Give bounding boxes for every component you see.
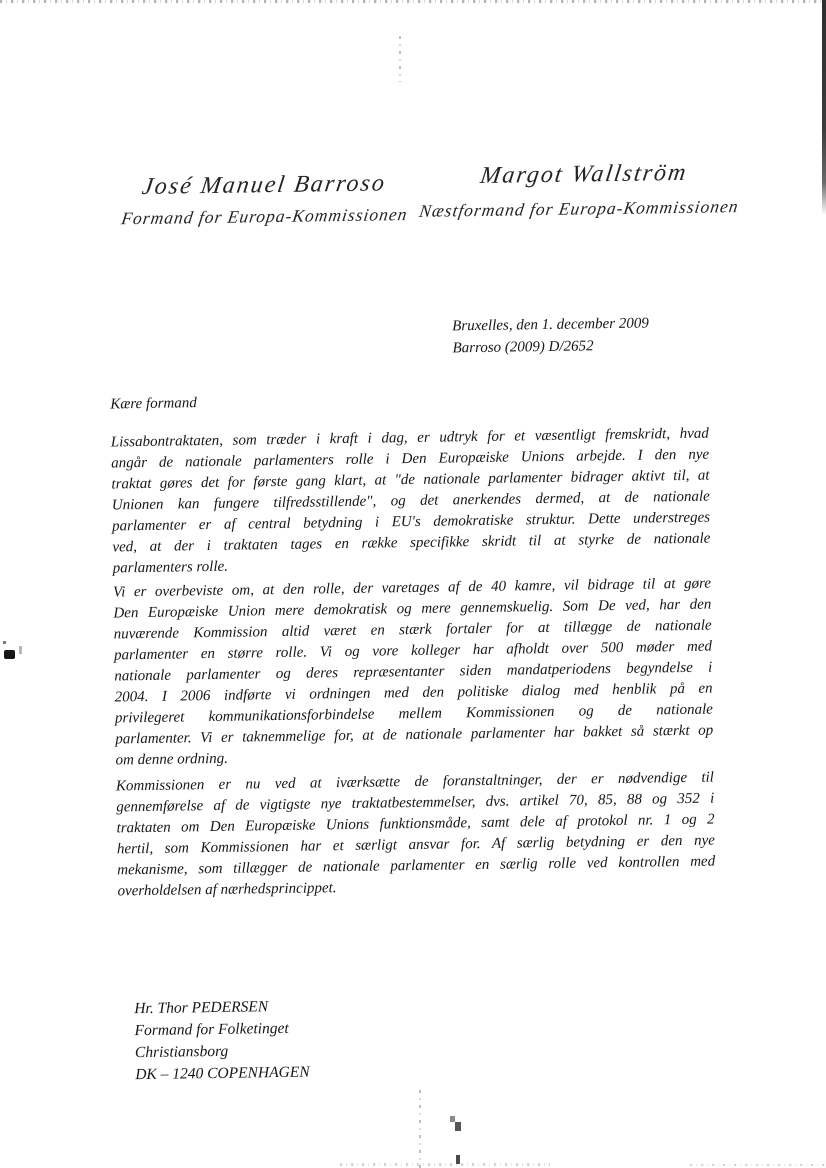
salutation: Kære formand [110,395,197,413]
paragraph-3: Kommissionen er nu ved at iværksætte de … [116,768,716,903]
letter-content: José Manuel Barroso Formand for Europa-K… [0,0,826,1168]
recipient-line: Formand for Folketinget [134,1018,309,1043]
sender-name-barroso: José Manuel Barroso [117,170,411,201]
recipient-line: DK – 1240 COPENHAGEN [135,1062,310,1087]
recipient-block: Hr. Thor PEDERSEN Formand for Folketinge… [134,996,310,1087]
scan-streak-right-edge [822,0,826,215]
dateline-block: Bruxelles, den 1. december 2009 Barroso … [452,312,649,359]
letterhead: José Manuel Barroso Formand for Europa-K… [0,0,817,6]
recipient-line: Hr. Thor PEDERSEN [134,996,309,1021]
scanned-letter-page: { "page": { "background": "#ffffff", "in… [0,0,826,1168]
paragraph-2: Vi er overbeviste om, at den rolle, der … [113,574,714,772]
reference-line: Barroso (2009) D/2652 [452,334,649,359]
paragraph-1: Lissabontraktaten, som træder i kraft i … [111,424,711,580]
scan-noise-bottom-right [690,1164,826,1166]
sender-name-wallstrom: Margot Wallström [442,159,726,190]
place-date-line: Bruxelles, den 1. december 2009 [452,312,649,337]
sender-title-wallstrom: Næstformand for Europa-Kommissionen [418,196,736,222]
recipient-line: Christiansborg [135,1040,310,1065]
sender-title-barroso: Formand for Europa-Kommissionen [83,203,446,229]
letter-body: Lissabontraktaten, som træder i kraft i … [0,0,817,6]
